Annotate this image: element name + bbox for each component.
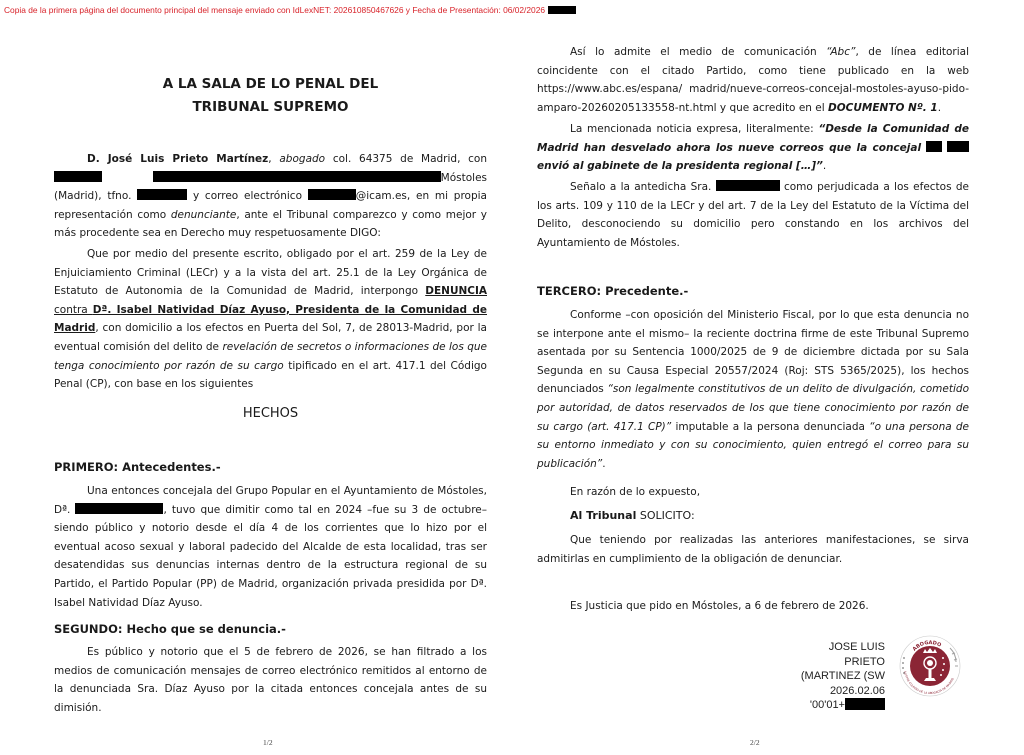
primero-paragraph: Una entonces concejala del Grupo Popular… bbox=[54, 482, 487, 612]
denuncia-label: DENUNCIA bbox=[425, 285, 487, 297]
solicito-line: Al Tribunal SOLICITO: bbox=[537, 507, 969, 526]
document-reference: DOCUMENTO Nº. 1 bbox=[828, 102, 938, 114]
page-number-1: 1/2 bbox=[263, 738, 273, 747]
redaction bbox=[75, 503, 163, 514]
segundo-paragraph: Es público y notorio que el 5 de febrero… bbox=[54, 643, 487, 717]
hechos-heading: HECHOS bbox=[54, 406, 487, 421]
redaction bbox=[926, 141, 942, 152]
bar-association-seal-icon: ABOGADO ILUSTRE COLEGIO DE LA ABOGACÍA D… bbox=[898, 634, 962, 698]
victim-paragraph: Señalo a la antedicha Sra. como perjudic… bbox=[537, 178, 969, 252]
banner-text: Copia de la primera página del documento… bbox=[4, 5, 545, 15]
submission-banner: Copia de la primera página del documento… bbox=[4, 5, 576, 15]
redaction bbox=[716, 180, 780, 191]
redaction bbox=[308, 189, 356, 200]
addressee-line-2: TRIBUNAL SUPREMO bbox=[54, 94, 487, 120]
lawyer-name: D. José Luis Prieto Martínez bbox=[87, 153, 268, 165]
quote-paragraph: La mencionada noticia expresa, literalme… bbox=[537, 120, 969, 176]
digital-signature: JOSE LUIS PRIETO (MARTINEZ (SW 2026.02.0… bbox=[785, 640, 885, 713]
redaction bbox=[548, 6, 576, 14]
page-number-2: 2/2 bbox=[750, 738, 760, 747]
closing-intro: En razón de lo expuesto, bbox=[537, 483, 969, 502]
redaction bbox=[137, 189, 187, 200]
primero-heading: PRIMERO: Antecedentes.- bbox=[54, 460, 221, 474]
segundo-heading: SEGUNDO: Hecho que se denuncia.- bbox=[54, 622, 286, 636]
tercero-heading: TERCERO: Precedente.- bbox=[537, 284, 688, 298]
complaint-paragraph: Que por medio del presente escrito, obli… bbox=[54, 245, 487, 394]
redaction bbox=[845, 698, 885, 710]
redaction bbox=[947, 141, 969, 152]
redaction bbox=[54, 171, 102, 182]
abc-paragraph: Así lo admite el medio de comunicación “… bbox=[537, 43, 969, 117]
date-line: Es Justicia que pido en Móstoles, a 6 de… bbox=[537, 597, 969, 616]
petition-paragraph: Que teniendo por realizadas las anterior… bbox=[537, 531, 969, 568]
intro-paragraph: D. José Luis Prieto Martínez, abogado co… bbox=[54, 150, 487, 243]
redaction bbox=[153, 171, 441, 182]
tercero-paragraph: Conforme –con oposición del Ministerio F… bbox=[537, 306, 969, 473]
